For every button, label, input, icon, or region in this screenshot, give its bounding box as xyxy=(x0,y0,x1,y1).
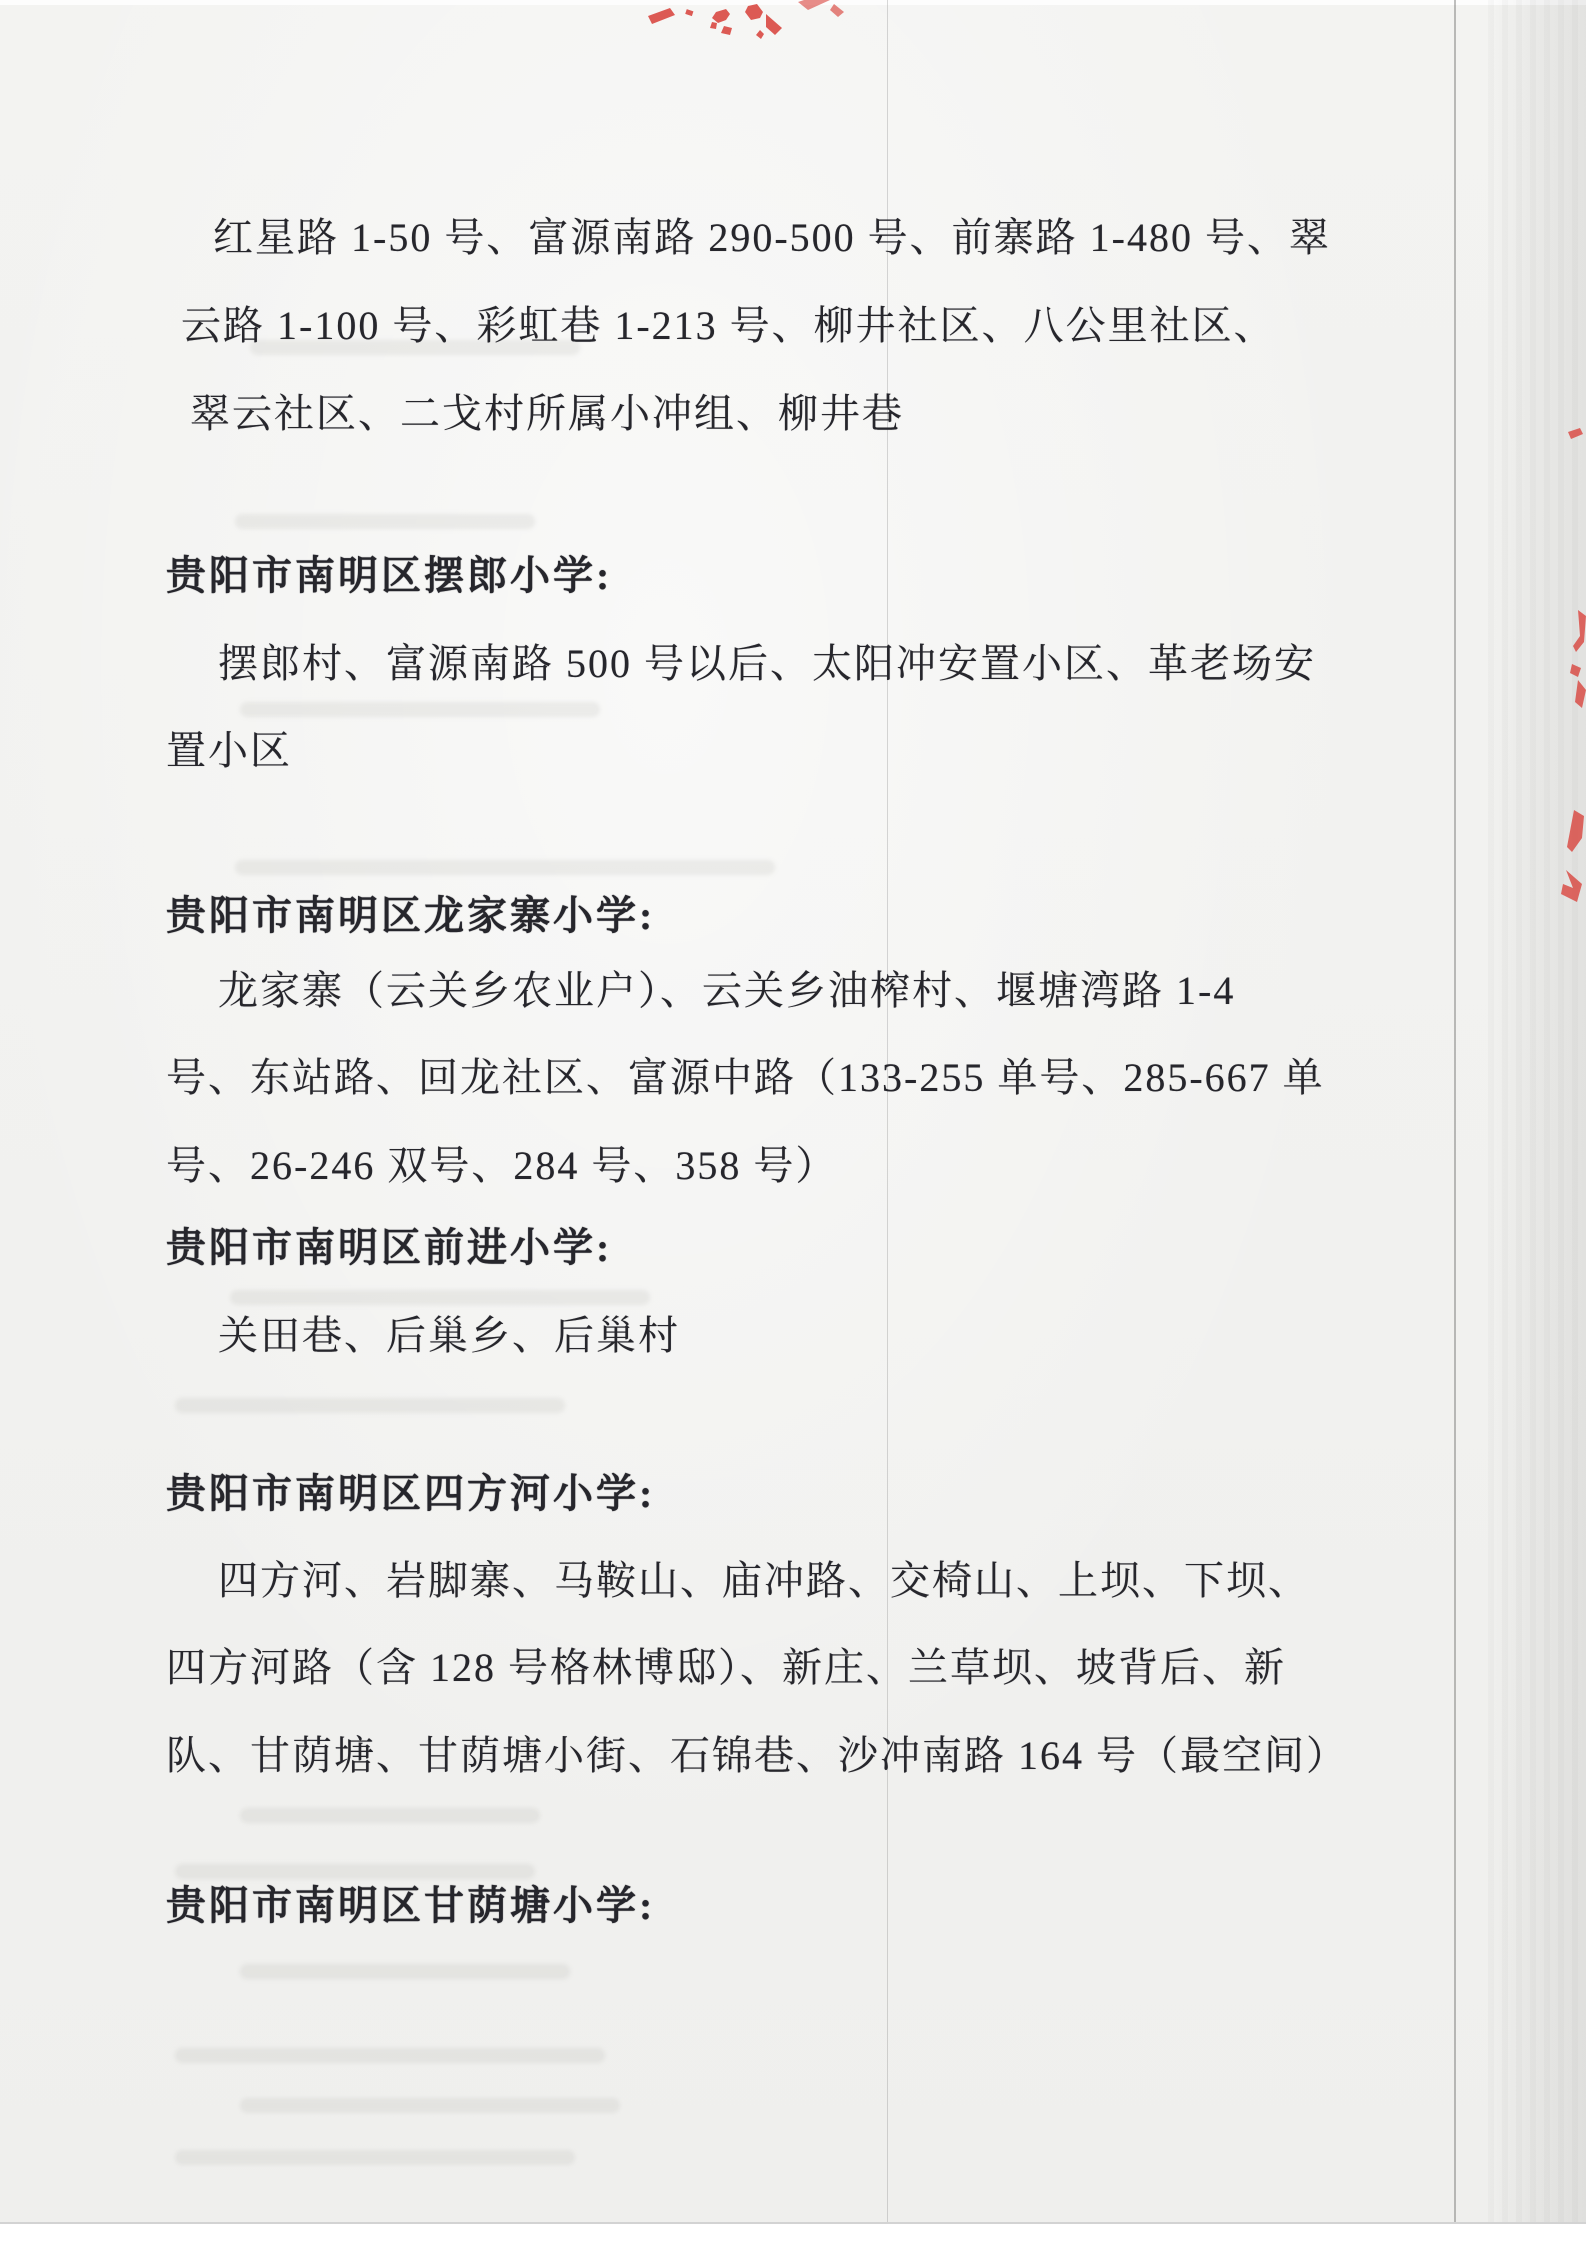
text-line: 云路 1-100 号、彩虹巷 1-213 号、柳井社区、八公里社区、 xyxy=(181,306,1276,346)
text-line: 红星路 1-50 号、富源南路 290-500 号、前寨路 1-480 号、翠 xyxy=(213,218,1331,258)
text-line: 置小区 xyxy=(166,731,292,771)
text-line: 队、甘荫塘、甘荫塘小街、石锦巷、沙冲南路 164 号（最空间） xyxy=(166,1736,1348,1776)
school-heading: 贵阳市南明区龙家寨小学: xyxy=(166,896,655,936)
scanner-top-edge xyxy=(0,0,1586,5)
text-line: 龙家寨（云关乡农业户）、云关乡油榨村、堰塘湾路 1-4 xyxy=(218,971,1235,1011)
paper-bottom-edge xyxy=(0,2222,1586,2245)
text-line: 号、26-246 双号、284 号、358 号） xyxy=(166,1146,837,1186)
text-line: 号、东站路、回龙社区、富源中路（133-255 单号、285-667 单 xyxy=(166,1058,1325,1098)
text-line: 关田巷、后巢乡、后巢村 xyxy=(218,1316,680,1356)
scanned-document-page: 红星路 1-50 号、富源南路 290-500 号、前寨路 1-480 号、翠 … xyxy=(0,0,1586,2245)
school-heading: 贵阳市南明区甘荫塘小学: xyxy=(166,1886,655,1926)
school-heading: 贵阳市南明区前进小学: xyxy=(166,1228,612,1268)
text-line: 四方河路（含 128 号格林博邸）、新庄、兰草坝、坡背后、新 xyxy=(166,1648,1286,1688)
school-heading: 贵阳市南明区四方河小学: xyxy=(166,1474,655,1514)
text-line: 摆郎村、富源南路 500 号以后、太阳冲安置小区、革老场安 xyxy=(218,644,1316,684)
school-heading: 贵阳市南明区摆郎小学: xyxy=(166,556,612,596)
text-line: 翠云社区、二戈村所属小冲组、柳井巷 xyxy=(190,394,904,434)
text-line: 四方河、岩脚寨、马鞍山、庙冲路、交椅山、上坝、下坝、 xyxy=(218,1561,1310,1601)
